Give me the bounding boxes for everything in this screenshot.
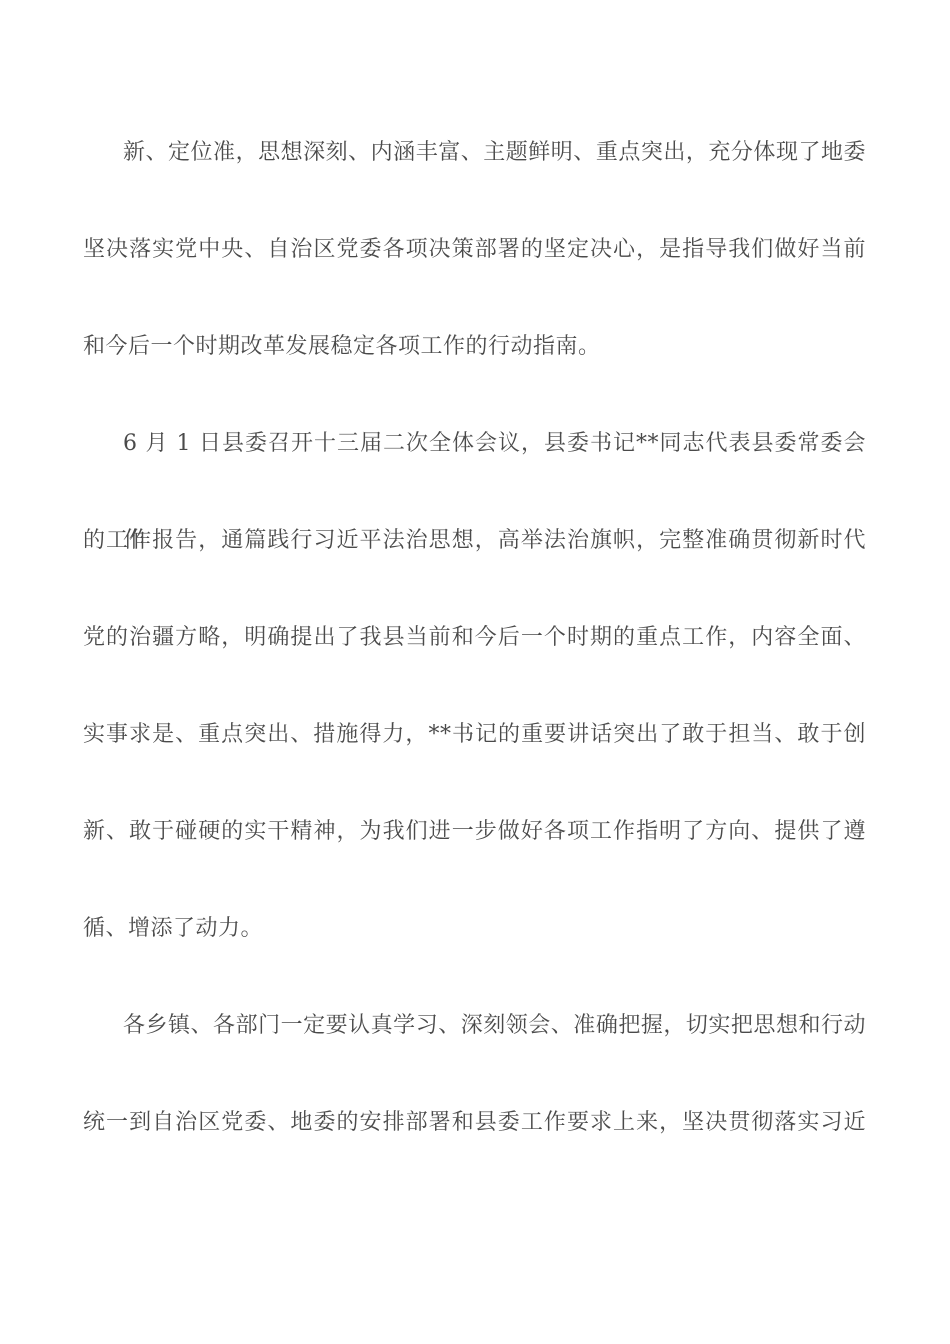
text-line: 坚决落实党中央、自治区党委各项决策部署的坚定决心，是指导我们做好当前 (83, 201, 866, 298)
text-line: 实事求是、重点突出、措施得力，**书记的重要讲话突出了敢于担当、敢于创 (83, 686, 866, 783)
text-line: 各乡镇、各部门一定要认真学习、深刻领会、准确把握，切实把思想和行动 (83, 977, 866, 1074)
text-line: 的工作报告，通篇践行习近平法治思想，高举法治旗帜，完整准确贯彻新时代 (83, 492, 866, 589)
text-line: 循、增添了动力。 (83, 880, 866, 977)
document-body: 新、定位准，思想深刻、内涵丰富、主题鲜明、重点突出，充分体现了地委坚决落实党中央… (83, 104, 866, 1171)
text-line: 党的治疆方略，明确提出了我县当前和今后一个时期的重点工作，内容全面、 (83, 589, 866, 686)
text-line: 和今后一个时期改革发展稳定各项工作的行动指南。 (83, 298, 866, 395)
document-page: 新、定位准，思想深刻、内涵丰富、主题鲜明、重点突出，充分体现了地委坚决落实党中央… (0, 0, 950, 1344)
text-line: 新、敢于碰硬的实干精神，为我们进一步做好各项工作指明了方向、提供了遵 (83, 783, 866, 880)
text-line: 统一到自治区党委、地委的安排部署和县委工作要求上来，坚决贯彻落实习近 (83, 1074, 866, 1171)
text-line: 6 月 1 日县委召开十三届二次全体会议，县委书记**同志代表县委常委会作 (83, 395, 866, 492)
text-line: 新、定位准，思想深刻、内涵丰富、主题鲜明、重点突出，充分体现了地委 (83, 104, 866, 201)
